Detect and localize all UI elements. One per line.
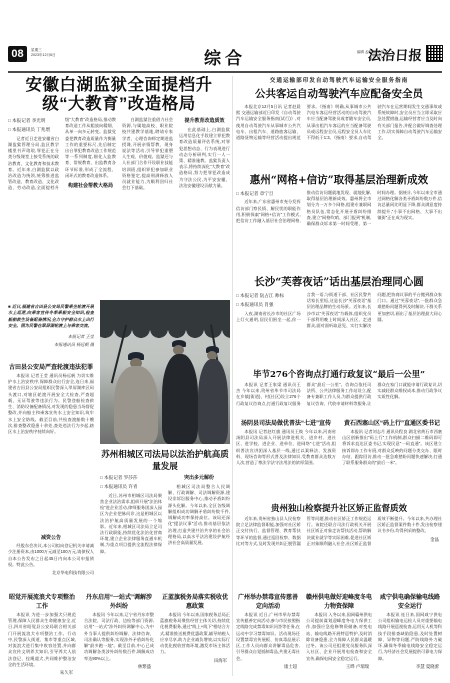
byline: □ 本报记者 阮占江 帅标 xyxy=(236,292,301,299)
author: 王晔 卢瑞瑞 xyxy=(306,664,372,670)
photo-caption: ■ 近日,福建省古田县公安局民警乘坐轮渡开展水上巡逻,向乘客宣传冬季乘船安全知识… xyxy=(8,304,94,329)
body-text: 本报讯 为进一步加强犬只规范管理,保障人民群众生命健康安全,近日,四川省昭觉县公… xyxy=(8,612,76,668)
kicker: 交通运输部印发自动驾驶汽车运输安全服务指南 xyxy=(236,76,442,84)
article-gutian: 古田县公安局严查轮渡违法犯罪 本报讯 记者王莹 通讯员杨远帆 为切实维护水上治安… xyxy=(8,362,94,530)
announcement-block: 减资公告 经股东会决议,本公司拟向登记机关申请减少注册资本,由1000万元减至1… xyxy=(8,534,94,588)
body-text: 本报讯 记者王莹 通讯员杨远帆 为切实维护水上治安秩序,保障群众出行安全,连日来… xyxy=(8,373,94,435)
article-guangzhou: 广州举办禁毒宣传慈善定向活动 本报讯 近日,广州市举办禁毒宣传慈善定向活动,参与… xyxy=(236,592,300,676)
article-changsha: 长沙“芙蓉夜话”话出基层治理同心圆 □ 本报记者 阮占江 帅标 □ 本报通讯员 … xyxy=(236,274,442,366)
announcement-body: 经股东会决议,本公司拟向登记机关申请减少注册资本,由1000万元减至100万元,… xyxy=(8,543,94,568)
article-xianning: 咸宁供电确保输电线路安全运行 本报讯 连日来,国网咸宁供电公司组织输电运检人员对… xyxy=(378,592,442,676)
body-text: 本报讯 今年以来,国家税务总局正蓝旗税务局聚焦经营主体关切,持续优化税费服务,通… xyxy=(160,612,230,656)
article-suzhou: 苏州相城区司法局以法治护航高质量发展 □ 本报记者 罗莎莎 □ 本报通讯员 许青… xyxy=(100,448,230,588)
headline: 咸宁供电确保输电线路安全运行 xyxy=(378,592,442,610)
civilian-figure xyxy=(114,366,158,444)
announcement-title: 减资公告 xyxy=(8,534,94,541)
article-zhaojue: 昭觉开展流浪犬专项整治工作 本报讯 为进一步加强犬只规范管理,保障人民群众生命健… xyxy=(8,592,76,676)
article-anhui-prison: 安徽白湖监狱全面提档升级“大教育”改造格局 □ 本报记者 李光明 □ 本报通讯员… xyxy=(8,76,230,296)
police-figure xyxy=(162,354,198,444)
newspaper-page: 08 星期三 2023年12月6日 综合 编辑 孟绍群 美编 校对 刘丹 法治日… xyxy=(0,0,450,683)
police-figure xyxy=(198,359,228,444)
author: 康士超 xyxy=(236,664,300,670)
byline: □ 本报记者 罗莎莎 xyxy=(100,474,162,481)
headline: 汤阴县司法局做优普法“七进”宣传 xyxy=(236,418,336,427)
byline: □ 本报通讯员 肖强 xyxy=(236,301,301,308)
body-text: 本报讯 近日,广州市举办禁毒宣传慈善定向活动,参与市民按照指定线路完成禁毒知识问… xyxy=(236,612,300,662)
announcement-signature: 北京华电科技有限公司 xyxy=(8,570,94,576)
body-text: 本报讯 记者王家梁 通讯员王杰 今年以来,贵州省毕节市司法局在乡镇(街道)、村(… xyxy=(236,382,442,407)
headline: 正蓝旗税务局落实税收优惠政策 xyxy=(160,592,230,610)
article-dandong: 丹东启用“一站式”调解涉外纠纷 本报讯 今年以来,辽宁省丹东市整合法院、司法行政… xyxy=(84,592,154,676)
subhead: 提升教育改造质效 xyxy=(179,117,230,124)
page-header: 08 星期三 2023年12月6日 综合 编辑 孟绍群 美编 校对 刘丹 法治日… xyxy=(8,44,442,70)
author: 金晶 xyxy=(377,537,442,543)
headline: 安徽白湖监狱全面提档升级“大教育”改造格局 xyxy=(8,76,230,114)
column-divider xyxy=(232,76,233,676)
headline: 古田县公安局严查轮渡违法犯罪 xyxy=(8,362,94,371)
qr-code-icon xyxy=(427,46,442,61)
subhead: 突出多元解纷 xyxy=(168,474,230,481)
headline: 毕节276个咨询点打通行政复议“最后一公里” xyxy=(236,368,442,380)
body-text: 本报北京12月5日讯 记者赵晨熙 交通运输部近日印发《自动驾驶汽车运输安全服务指… xyxy=(236,104,442,142)
body-text: 近日,苏州市相城区司法局聚焦企业法治需求,组织开展“法治体检”进企业活动,律师服… xyxy=(100,493,162,555)
byline: □ 本报记者 章宁旦 xyxy=(236,190,301,197)
headline: 长沙“芙蓉夜话”话出基层治理同心圆 xyxy=(236,274,442,289)
byline: □ 本报通讯员 许青 xyxy=(100,483,162,490)
headline: 昭觉开展流浪犬专项整治工作 xyxy=(8,592,76,610)
body-text: 本报讯 连日来,国网咸宁供电公司组织输电运检人员对重要输电线路开展巡视检查,运用… xyxy=(378,612,442,662)
author: 林繁盛 xyxy=(84,664,154,670)
byline: □ 本报通讯员 丁兆增 xyxy=(8,126,59,133)
author: 朱久军 xyxy=(8,670,76,676)
body-text: 本报讯 记者刘志月 通讯员程良 湖北省黄石市西塞山区创新推出“码上行”工作机制,… xyxy=(342,429,442,466)
subhead: 构建社会帮教大格局 xyxy=(65,182,116,189)
photo-credit: 本报记者 王莹 xyxy=(8,334,94,341)
masthead-logo: 法治日报 xyxy=(367,44,422,64)
author: 田海军 xyxy=(160,658,230,664)
author: 李慧 夏晓蕾 xyxy=(378,664,442,670)
headline: 苏州相城区司法局以法治护航高质量发展 xyxy=(100,448,230,472)
article-ganzhou: 赣州供电做好迎峰度冬电力物资保障 本报讯 入冬以来,国网赣州供电公司提前谋划迎峰… xyxy=(306,592,372,676)
header-rule xyxy=(8,71,442,73)
byline: □ 本报记者 李光明 xyxy=(8,117,59,124)
headline: 丹东启用“一站式”调解涉外纠纷 xyxy=(84,592,154,610)
photo-caption-block: ■ 近日,福建省古田县公安局民警乘坐轮渡开展水上巡逻,向乘客宣传冬季乘船安全知识… xyxy=(8,300,94,358)
headline: 黄石西塞山区“码上行”直通区委书记 xyxy=(342,418,442,427)
news-photo-police-ferry xyxy=(100,300,230,444)
headline: 惠州“网格+信访”取得基层治理新成效 xyxy=(236,172,442,187)
article-tangyin: 汤阴县司法局做优普法“七进”宣传 本报讯 记者赵红旗 通讯员王焕 今年以来,河南… xyxy=(236,418,336,500)
body-text: 白湖监狱注重借力社会资源,与属地高校、职业院校共建教学基地,聘请专家学者、心理咨… xyxy=(122,117,173,192)
headline: 赣州供电做好迎峰度冬电力物资保障 xyxy=(306,592,372,610)
body-text: 在此基础上,白湖监狱运用信息化手段建立罪犯教育改造质量评估系统,对罪犯思想动态、… xyxy=(179,127,230,189)
article-guizhou: 贵州独山检察提升社区矫正监督质效 近年来,贵州省独山县人民检察院立足法律监督职能… xyxy=(236,502,442,588)
article-autonomous-driving: 交通运输部印发自动驾驶汽车运输安全服务指南 公共客运自动驾驶汽车应配备安全员 本… xyxy=(236,76,442,170)
headline: 公共客运自动驾驶汽车应配备安全员 xyxy=(236,86,442,101)
body-text: 本报讯 入冬以来,国网赣州供电公司提前谋划迎峰度冬电力保供工作,加强应急抢修物资… xyxy=(306,612,372,662)
headline: 贵州独山检察提升社区矫正监督质效 xyxy=(236,502,442,514)
article-huizhou: 惠州“网格+信访”取得基层治理新成效 □ 本报记者 章宁旦 近年来,广东省惠州市… xyxy=(236,172,442,272)
article-zhenglanqi: 正蓝旗税务局落实税收优惠政策 本报讯 今年以来,国家税务总局正蓝旗税务局聚焦经营… xyxy=(160,592,230,676)
article-huangshi: 黄石西塞山区“码上行”直通区委书记 本报讯 记者刘志月 通讯员程良 湖北省黄石市… xyxy=(342,418,442,500)
body-text: 本报讯 今年以来,辽宁省丹东市整合法院、司法行政、边检等部门资源,启用“一站式”… xyxy=(84,612,154,662)
photo-credit: 本报通讯员 杨远帆 摄 xyxy=(8,342,94,349)
body-text: 本报讯 记者赵红旗 通讯员王焕 今年以来,河南省汤阴县司法局深入开展法律进机关、… xyxy=(236,429,336,466)
body-text: 相城区司法局整合人民调解、行政调解、司法调解资源,建设非诉讼服务中心,推动矛盾纠… xyxy=(168,484,230,546)
headline: 广州举办禁毒宣传慈善定向活动 xyxy=(236,592,300,610)
article-bijie: 毕节276个咨询点打通行政复议“最后一公里” 本报讯 记者王家梁 通讯员王杰 今… xyxy=(236,368,442,416)
